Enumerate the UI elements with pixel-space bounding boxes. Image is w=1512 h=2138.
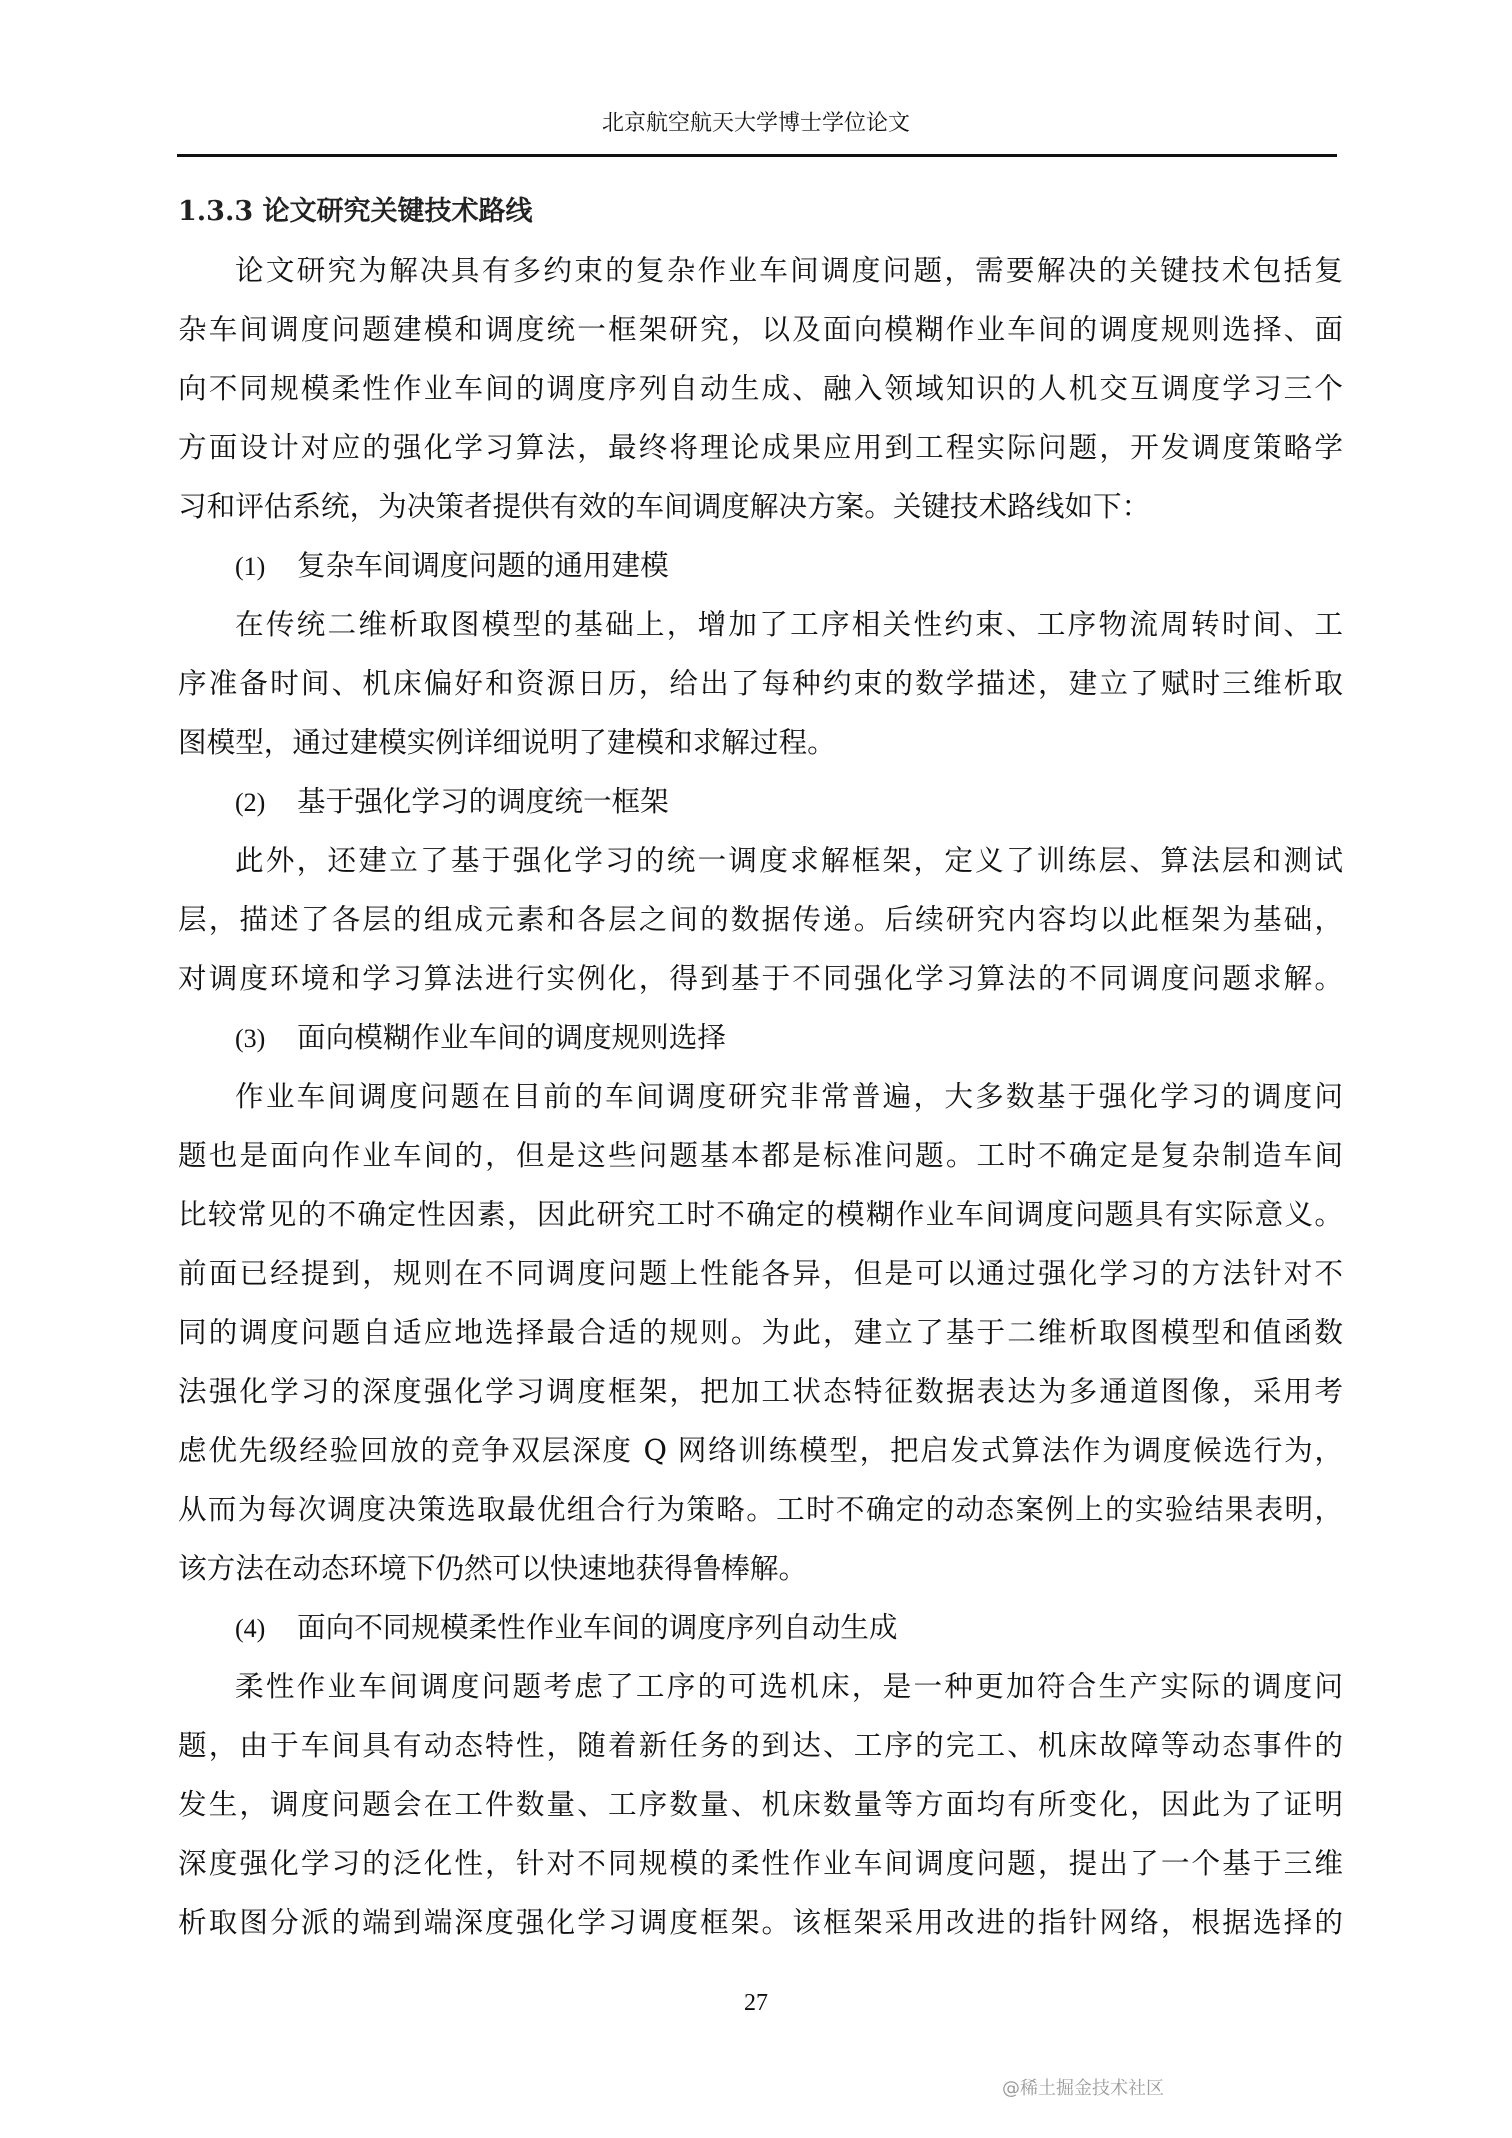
text-line: 发生，调度问题会在工件数量、工序数量、机床数量等方面均有所变化，因此为了证明 [178, 1775, 1343, 1834]
text-line: 法强化学习的深度强化学习调度框架，把加工状态特征数据表达为多通道图像，采用考 [178, 1362, 1343, 1421]
text-line: 序准备时间、机床偏好和资源日历，给出了每种约束的数学描述，建立了赋时三维析取 [178, 654, 1343, 713]
item-paragraph-3: 作业车间调度问题在目前的车间调度研究非常普遍，大多数基于强化学习的调度问 题也是… [178, 1067, 1343, 1598]
text-line: 对调度环境和学习算法进行实例化，得到基于不同强化学习算法的不同调度问题求解。 [178, 949, 1343, 1008]
text-line: 析取图分派的端到端深度强化学习调度框架。该框架采用改进的指针网络，根据选择的 [178, 1893, 1343, 1952]
page-number: 27 [0, 1990, 1512, 2017]
item-number: (4) [235, 1599, 297, 1658]
item-heading-text: 面向不同规模柔性作业车间的调度序列自动生成 [297, 1610, 897, 1644]
text-line: 方面设计对应的强化学习算法，最终将理论成果应用到工程实际问题，开发调度策略学 [178, 418, 1343, 477]
item-number: (3) [235, 1009, 297, 1068]
text-line: 虑优先级经验回放的竞争双层深度 Q 网络训练模型，把启发式算法作为调度候选行为， [178, 1421, 1343, 1480]
text-line: 比较常见的不确定性因素，因此研究工时不确定的模糊作业车间调度问题具有实际意义。 [178, 1185, 1343, 1244]
text-line: 该方法在动态环境下仍然可以快速地获得鲁棒解。 [178, 1539, 1343, 1598]
document-page: 北京航空航天大学博士学位论文 1.3.3 论文研究关键技术路线 论文研究为解决具… [0, 0, 1512, 2138]
item-heading-text: 复杂车间调度问题的通用建模 [297, 548, 669, 582]
item-number: (1) [235, 537, 297, 596]
text-line: 杂车间调度问题建模和调度统一框架研究，以及面向模糊作业车间的调度规则选择、面 [178, 300, 1343, 359]
text-line: 柔性作业车间调度问题考虑了工序的可选机床，是一种更加符合生产实际的调度问 [178, 1657, 1343, 1716]
item-heading-text: 面向模糊作业车间的调度规则选择 [297, 1020, 726, 1054]
text-line: 同的调度问题自适应地选择最合适的规则。为此，建立了基于二维析取图模型和值函数 [178, 1303, 1343, 1362]
text-line: 论文研究为解决具有多约束的复杂作业车间调度问题，需要解决的关键技术包括复 [178, 241, 1343, 300]
intro-paragraph: 论文研究为解决具有多约束的复杂作业车间调度问题，需要解决的关键技术包括复 杂车间… [178, 241, 1343, 536]
item-heading-4: (4)面向不同规模柔性作业车间的调度序列自动生成 [178, 1598, 1343, 1657]
item-number: (2) [235, 773, 297, 832]
running-header: 北京航空航天大学博士学位论文 [0, 106, 1512, 137]
watermark: @稀土掘金技术社区 [1002, 2074, 1164, 2100]
page-content: 1.3.3 论文研究关键技术路线 论文研究为解决具有多约束的复杂作业车间调度问题… [178, 182, 1343, 1952]
text-line: 层，描述了各层的组成元素和各层之间的数据传递。后续研究内容均以此框架为基础， [178, 890, 1343, 949]
item-heading-2: (2)基于强化学习的调度统一框架 [178, 772, 1343, 831]
item-heading-3: (3)面向模糊作业车间的调度规则选择 [178, 1008, 1343, 1067]
text-line: 前面已经提到，规则在不同调度问题上性能各异，但是可以通过强化学习的方法针对不 [178, 1244, 1343, 1303]
section-title: 1.3.3 论文研究关键技术路线 [178, 182, 1343, 241]
item-paragraph-2: 此外，还建立了基于强化学习的统一调度求解框架，定义了训练层、算法层和测试 层，描… [178, 831, 1343, 1008]
text-line: 题也是面向作业车间的，但是这些问题基本都是标准问题。工时不确定是复杂制造车间 [178, 1126, 1343, 1185]
text-line: 从而为每次调度决策选取最优组合行为策略。工时不确定的动态案例上的实验结果表明， [178, 1480, 1343, 1539]
item-heading-text: 基于强化学习的调度统一框架 [297, 784, 669, 818]
item-heading-1: (1)复杂车间调度问题的通用建模 [178, 536, 1343, 595]
header-rule [177, 154, 1337, 157]
text-line: 在传统二维析取图模型的基础上，增加了工序相关性约束、工序物流周转时间、工 [178, 595, 1343, 654]
text-line: 向不同规模柔性作业车间的调度序列自动生成、融入领域知识的人机交互调度学习三个 [178, 359, 1343, 418]
text-line: 图模型，通过建模实例详细说明了建模和求解过程。 [178, 713, 1343, 772]
item-paragraph-4: 柔性作业车间调度问题考虑了工序的可选机床，是一种更加符合生产实际的调度问 题，由… [178, 1657, 1343, 1952]
item-paragraph-1: 在传统二维析取图模型的基础上，增加了工序相关性约束、工序物流周转时间、工 序准备… [178, 595, 1343, 772]
text-line: 深度强化学习的泛化性，针对不同规模的柔性作业车间调度问题，提出了一个基于三维 [178, 1834, 1343, 1893]
text-line: 作业车间调度问题在目前的车间调度研究非常普遍，大多数基于强化学习的调度问 [178, 1067, 1343, 1126]
text-line: 题，由于车间具有动态特性，随着新任务的到达、工序的完工、机床故障等动态事件的 [178, 1716, 1343, 1775]
text-line: 此外，还建立了基于强化学习的统一调度求解框架，定义了训练层、算法层和测试 [178, 831, 1343, 890]
text-line: 习和评估系统，为决策者提供有效的车间调度解决方案。关键技术路线如下： [178, 477, 1343, 536]
